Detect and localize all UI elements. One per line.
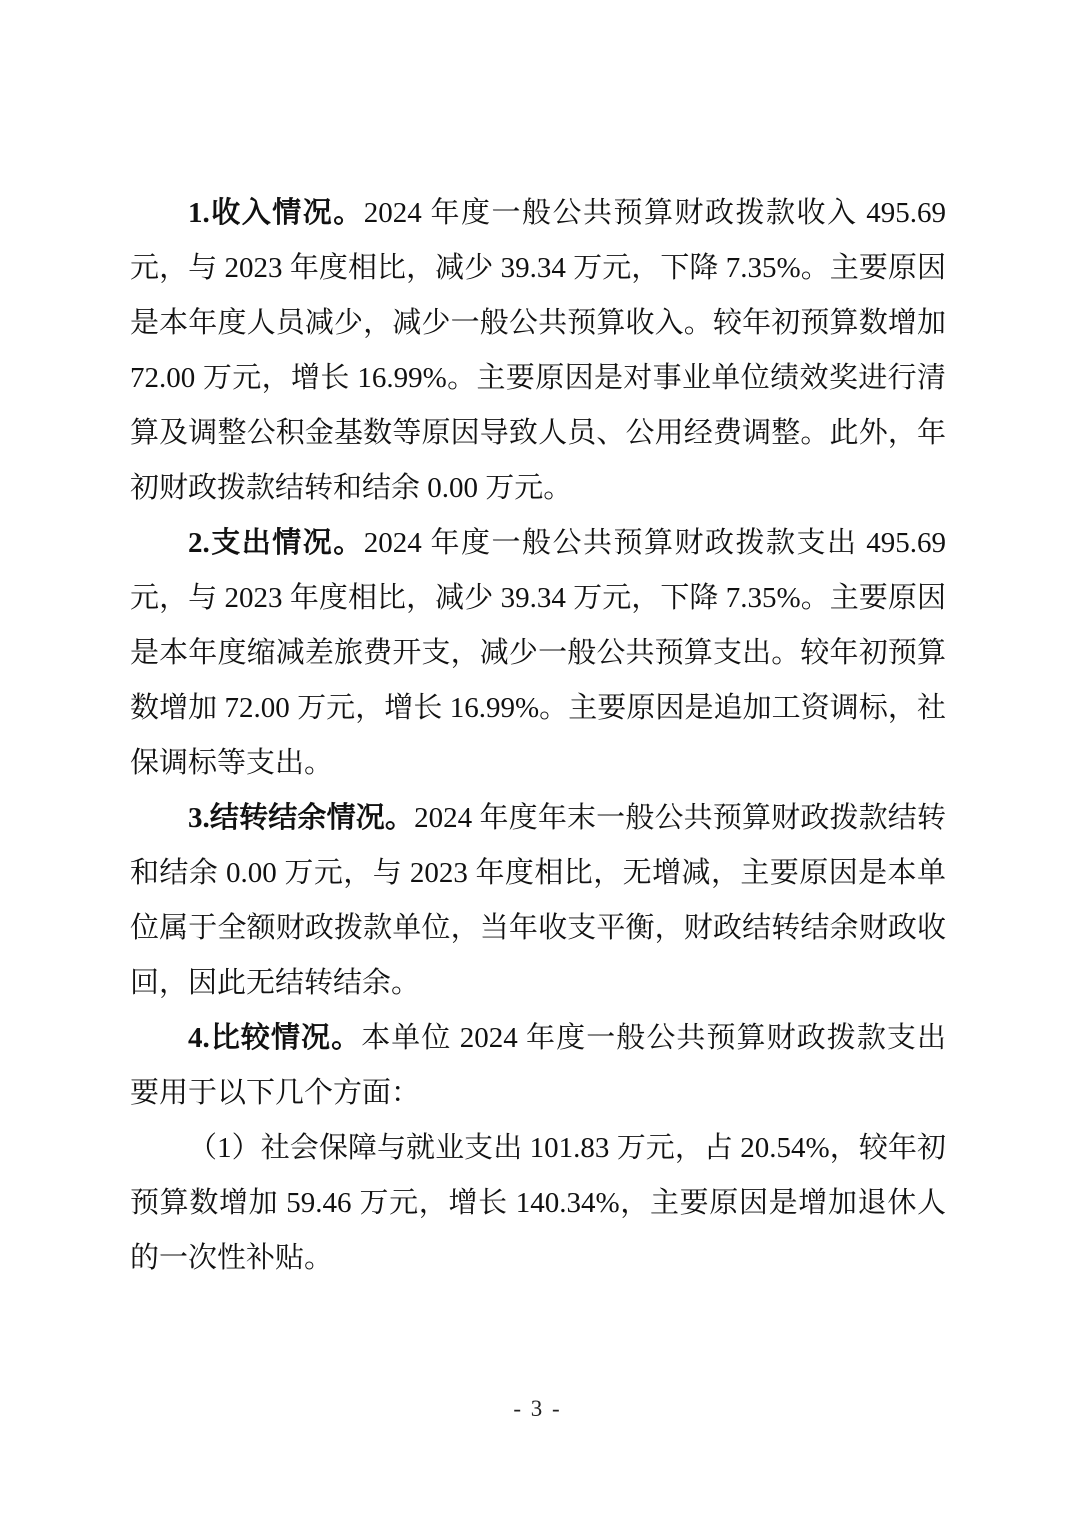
text-line: 元，与 2023 年度相比，减少 39.34 万元，下降 7.35%。主要原因 [130,241,946,296]
paragraph-1: 1.收入情况。2024 年度一般公共预算财政拨款收入 495.69 万元，与 2… [130,186,946,516]
text-line: 元，与 2023 年度相比，减少 39.34 万元，下降 7.35%。主要原因 [130,571,946,626]
text-line: 数增加 72.00 万元，增长 16.99%。主要原因是追加工资调标，社 [130,681,946,736]
text-line: 72.00 万元，增长 16.99%。主要原因是对事业单位绩效奖进行清 [130,351,946,406]
text-line: 的一次性补贴。 [130,1231,946,1286]
text-line: 预算数增加 59.46 万元，增长 140.34%，主要原因是增加退休人员 [130,1176,946,1231]
text-line: 是本年度人员减少，减少一般公共预算收入。较年初预算数增加 [130,296,946,351]
text-line: 保调标等支出。 [130,736,946,791]
text-line: 初财政拨款结转和结余 0.00 万元。 [130,461,946,516]
text-line: 和结余 0.00 万元，与 2023 年度相比，无增减，主要原因是本单 [130,846,946,901]
text-line: （1）社会保障与就业支出 101.83 万元，占 20.54%，较年初 [130,1121,946,1176]
document-page: 1.收入情况。2024 年度一般公共预算财政拨款收入 495.69 万元，与 2… [0,0,1075,1520]
paragraph-heading: 2.支出情况。 [188,527,364,559]
paragraph-3: 3.结转结余情况。2024 年度年末一般公共预算财政拨款结转和结余 0.00 万… [130,791,946,1011]
text-line: 回，因此无结转结余。 [130,956,946,1011]
text-line: 1.收入情况。2024 年度一般公共预算财政拨款收入 495.69 万 [130,186,946,241]
page-number: - 3 - [0,1394,1075,1424]
paragraph-heading: 1.收入情况。 [188,197,364,229]
text-line: 位属于全额财政拨款单位，当年收支平衡，财政结转结余财政收 [130,901,946,956]
text-line: 2.支出情况。2024 年度一般公共预算财政拨款支出 495.69 万 [130,516,946,571]
paragraph-heading: 4.比较情况。 [188,1022,361,1054]
paragraph-5: （1）社会保障与就业支出 101.83 万元，占 20.54%，较年初预算数增加… [130,1121,946,1286]
text-line: 要用于以下几个方面： [130,1066,946,1121]
paragraph-heading: 3.结转结余情况。 [188,802,414,834]
text-line: 4.比较情况。本单位 2024 年度一般公共预算财政拨款支出主 [130,1011,946,1066]
paragraph-2: 2.支出情况。2024 年度一般公共预算财政拨款支出 495.69 万元，与 2… [130,516,946,791]
text-line: 3.结转结余情况。2024 年度年末一般公共预算财政拨款结转 [130,791,946,846]
text-line: 是本年度缩减差旅费开支，减少一般公共预算支出。较年初预算 [130,626,946,681]
text-line: 算及调整公积金基数等原因导致人员、公用经费调整。此外，年 [130,406,946,461]
document-body: 1.收入情况。2024 年度一般公共预算财政拨款收入 495.69 万元，与 2… [130,186,946,1286]
paragraph-4: 4.比较情况。本单位 2024 年度一般公共预算财政拨款支出主要用于以下几个方面… [130,1011,946,1121]
